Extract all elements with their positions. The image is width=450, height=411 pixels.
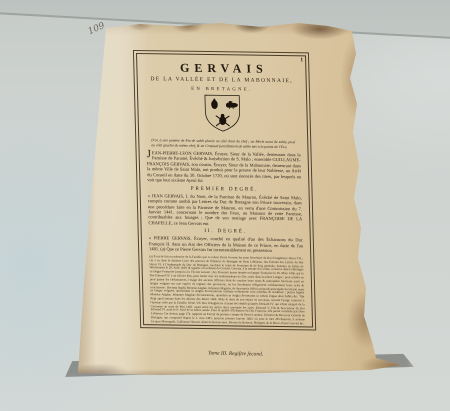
footnote-text: (a) Il est de fait ou mémoire de la Fami… bbox=[149, 255, 305, 326]
genealogy-intro: JEAN-PIERRE-LEON GERVAIS, Écuyer, Sieur … bbox=[147, 150, 302, 185]
region-line: EN BRETAGNE. bbox=[145, 85, 299, 92]
paper-sheet: 1 GERVAIS DE LA VALLÉE ET DE LA MABONNAI… bbox=[70, 20, 405, 378]
degree-1-heading: PREMIER DEGRÉ. bbox=[147, 185, 301, 193]
page-number: 1 bbox=[300, 57, 303, 63]
shield-icon bbox=[199, 93, 246, 134]
intro-text: EAN-PIERRE-LEON GERVAIS, Écuyer, Sieur d… bbox=[147, 150, 301, 183]
photo-background: 1 GERVAIS DE LA VALLÉE ET DE LA MABONNAI… bbox=[0, 0, 450, 411]
page-title: GERVAIS bbox=[144, 60, 298, 77]
blazon-text: D'or, à une pomme de Pin de sable placée… bbox=[151, 138, 295, 150]
degree-2-text: « PIERRE GERVAIS, Écuyer, couché en qual… bbox=[149, 236, 303, 255]
degree-1-text: « JEAN GERVAIS, I. du Nom, de la Paroiss… bbox=[148, 193, 303, 228]
print-frame: 1 GERVAIS DE LA VALLÉE ET DE LA MABONNAI… bbox=[136, 53, 313, 327]
handwritten-folio-number: 109 bbox=[87, 21, 107, 37]
coat-of-arms bbox=[145, 92, 300, 139]
page-subtitle: DE LA VALLÉE ET DE LA MABONNAIE, bbox=[145, 76, 299, 84]
footer-volume-label: Tome III. Regiſtre ſecond. bbox=[208, 350, 263, 357]
degree-2-heading: II. DEGRÉ. bbox=[149, 228, 303, 236]
